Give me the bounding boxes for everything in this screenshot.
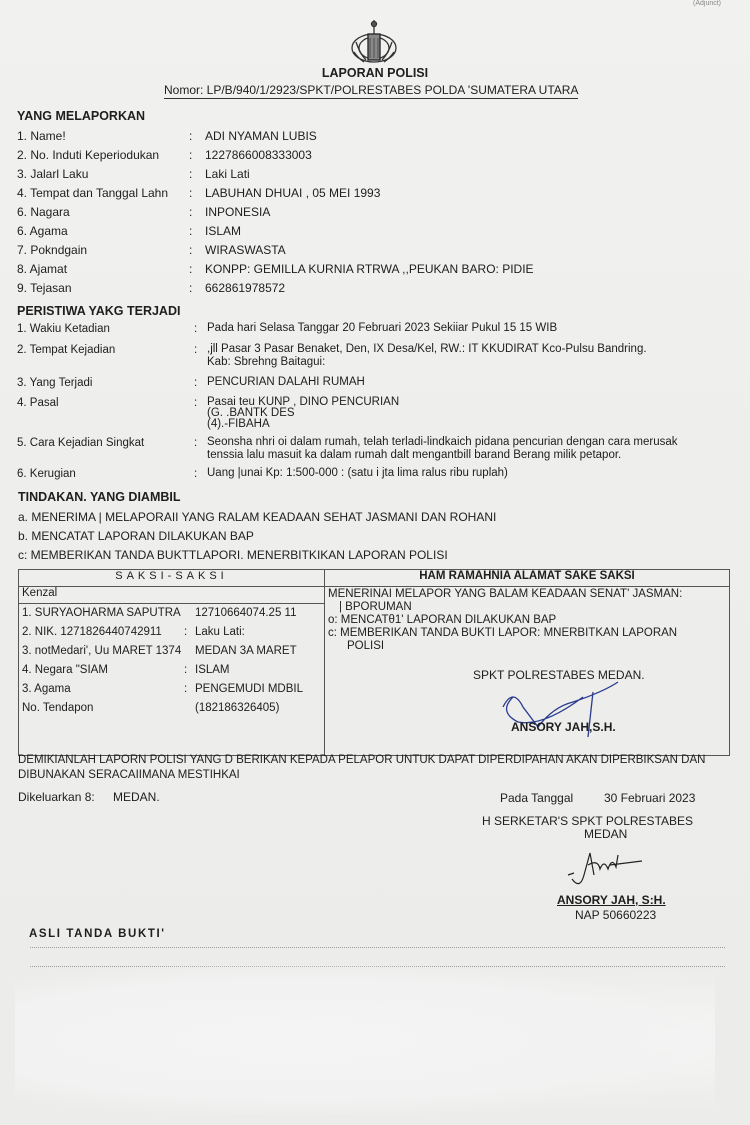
field-label: 6. Nagara — [17, 205, 70, 219]
actions-heading: TINDAKAN. YANG DIAMBIL — [18, 490, 181, 504]
witness-label: 4. Negara "SIAM — [22, 664, 108, 676]
field-value-line: (4).-FIBAHA — [207, 419, 399, 430]
field-colon: : — [194, 344, 197, 356]
field-value: PENCURIAN DALAHI RUMAH — [207, 377, 365, 388]
field-label: 2. Tempat Kejadian — [17, 344, 115, 356]
field-value: 662861978572 — [205, 281, 285, 295]
witness-colon: : — [184, 664, 187, 676]
field-label: 9. Tejasan — [17, 281, 72, 295]
action-item-a: a. MENERIMA | MELAPORAII YANG RALAM KEAD… — [18, 510, 496, 524]
field-value: INPONESIA — [205, 205, 270, 219]
field-value: Seonsha nhri oi dalam rumah, telah terla… — [207, 437, 678, 463]
field-value: Uang |unai Kp: 1:500-000 : (satu i jta l… — [207, 468, 508, 479]
field-label: 6. Agama — [17, 224, 68, 238]
witness-value: ISLAM — [195, 664, 230, 676]
field-colon: : — [189, 224, 192, 238]
incident-heading: PERISTIWA YAKG TERJADI — [17, 304, 180, 318]
witness-left-cell: 1. SURYAOHARMA SAPUTRA12710664074.25 112… — [19, 604, 325, 756]
field-value-line: Kab: Sbrehng Baitagui: — [207, 357, 647, 370]
field-colon: : — [194, 437, 197, 449]
receipt-dotted-line-1 — [30, 947, 725, 948]
field-label: 3. Yang Terjadi — [17, 377, 92, 389]
field-colon: : — [189, 281, 192, 295]
witness-left-header: SAKSI-SAKSI — [19, 570, 325, 587]
field-label: 4. Pasal — [17, 397, 59, 409]
witness-right-cell: MENERINAI MELAPOR YANG BALAM KEADAAN SEN… — [325, 587, 730, 756]
right-line-5: POLISI — [347, 640, 384, 652]
secretary-signature-icon — [560, 845, 650, 890]
field-value: ISLAM — [205, 224, 241, 238]
action-item-c: c: MEMBERIKAN TANDA BUKTTLAPORI. MENERBI… — [18, 548, 448, 562]
witness-table: SAKSI-SAKSI HAM RAMAHNIA ALAMAT SAKE SAK… — [18, 569, 730, 756]
police-emblem-icon — [346, 18, 402, 66]
field-value: Pada hari Selasa Tanggar 20 Februari 202… — [207, 323, 557, 334]
field-value-line: PENCURIAN DALAHI RUMAH — [207, 377, 365, 388]
field-label: 3. Jalarl Laku — [17, 167, 88, 181]
field-colon: : — [194, 323, 197, 335]
field-colon: : — [189, 205, 192, 219]
closing-statement: DEMIKIANLAH LAPORN POLISI YANG D BERIKAN… — [18, 753, 730, 783]
field-label: 5. Cara Kejadian Singkat — [17, 437, 144, 449]
right-line-2: | BPORUMAN — [339, 601, 412, 613]
witness-value: Laku Lati: — [195, 626, 245, 638]
field-colon: : — [189, 243, 192, 257]
issued-label: Dikeluarkan 8: — [18, 790, 95, 804]
field-colon: : — [194, 377, 197, 389]
redacted-area — [15, 965, 715, 1115]
field-colon: : — [194, 397, 197, 409]
witness-label: 2. NIK. 1271826440742911 — [22, 626, 162, 638]
report-title: LAPORAN POLISI — [0, 66, 750, 80]
report-number: Nomor: LP/B/940/1/2923/SPKT/POLRESTABES … — [164, 83, 578, 99]
corner-note: (Adjunct) — [693, 0, 721, 7]
witness-colon: : — [184, 683, 187, 695]
field-colon: : — [189, 186, 192, 200]
signature-icon — [493, 677, 623, 747]
witness-label: 3. Agama — [22, 683, 71, 695]
witness-subheader: Kenzal — [19, 587, 325, 604]
field-label: 8. Ajamat — [17, 262, 67, 276]
field-colon: : — [194, 468, 197, 480]
field-value-line: Pada hari Selasa Tanggar 20 Februari 202… — [207, 323, 557, 334]
witness-value: PENGEMUDI MDBIL — [195, 683, 303, 695]
right-signer: ANSORY JAH,S.H. — [511, 720, 616, 734]
witness-colon: : — [184, 626, 187, 638]
witness-label: 1. SURYAOHARMA SAPUTRA — [22, 607, 181, 619]
date-label: Pada Tanggal — [500, 791, 573, 805]
reporter-heading: YANG MELAPORKAN — [17, 109, 145, 123]
field-colon: : — [189, 148, 192, 162]
field-value: ,jll Pasar 3 Pasar Benaket, Den, IX Desa… — [207, 344, 647, 370]
field-colon: : — [189, 167, 192, 181]
field-label: 4. Tempat dan Tanggal Lahn — [17, 186, 168, 200]
field-label: 6. Kerugian — [17, 468, 76, 480]
signer-nap: NAP 50660223 — [575, 908, 656, 922]
right-line-1: MENERINAI MELAPOR YANG BALAM KEADAAN SEN… — [328, 588, 682, 600]
field-label: 7. Pokndgain — [17, 243, 87, 257]
field-label: 1. Wakiu Ketadian — [17, 323, 110, 335]
field-value: Laki Lati — [205, 167, 250, 181]
witness-label: 3. notMedari', Uu MARET 1374 — [22, 645, 181, 657]
witness-value: MEDAN 3A MARET — [195, 645, 297, 657]
field-label: 1. Name! — [17, 129, 66, 143]
field-colon: : — [189, 129, 192, 143]
signer-name: ANSORY JAH, S:H. — [557, 893, 666, 907]
witness-right-header: HAM RAMAHNIA ALAMAT SAKE SAKSI — [325, 570, 730, 587]
field-value: LABUHAN DHUAI , 05 MEI 1993 — [205, 186, 380, 200]
field-value-line: tenssia lalu masuit ka dalam rumah dalt … — [207, 450, 678, 463]
issued-place: MEDAN. — [113, 790, 160, 804]
right-line-4: c: MEMBERIKAN TANDA BUKTI LAPOR: MNERBIT… — [328, 627, 677, 639]
field-value: ADI NYAMAN LUBIS — [205, 129, 317, 143]
field-value: Pasai teu KUNP , DINO PENCURIAN(G. .BANT… — [207, 397, 399, 430]
police-report-page: (Adjunct) LAPORAN POLISI Nomor: LP/B/94 — [0, 0, 750, 1125]
witness-value: (182186326405) — [195, 702, 279, 714]
witness-value: 12710664074.25 11 — [195, 607, 296, 619]
office-line-1: H SERKETAR'S SPKT POLRESTABES — [482, 814, 693, 828]
field-value: WIRASWASTA — [205, 243, 286, 257]
field-value: KONPP: GEMILLA KURNIA RTRWA ,,PEUKAN BAR… — [205, 262, 534, 276]
field-value: 1227866008333003 — [205, 148, 312, 162]
right-line-3: o: MENCATθ1' LAPORAN DILAKUKAN BAP — [328, 614, 556, 626]
receipt-heading: ASLI TANDA BUKTI' — [29, 928, 166, 940]
date-value: 30 Februari 2023 — [604, 791, 695, 805]
action-item-b: b. MENCATAT LAPORAN DILAKUKAN BAP — [18, 529, 254, 543]
field-value-line: Uang |unai Kp: 1:500-000 : (satu i jta l… — [207, 468, 508, 479]
office-line-2: MEDAN — [584, 827, 627, 841]
field-label: 2. No. Induti Keperiodukan — [17, 148, 159, 162]
field-colon: : — [189, 262, 192, 276]
witness-label: No. Tendapon — [22, 702, 93, 714]
